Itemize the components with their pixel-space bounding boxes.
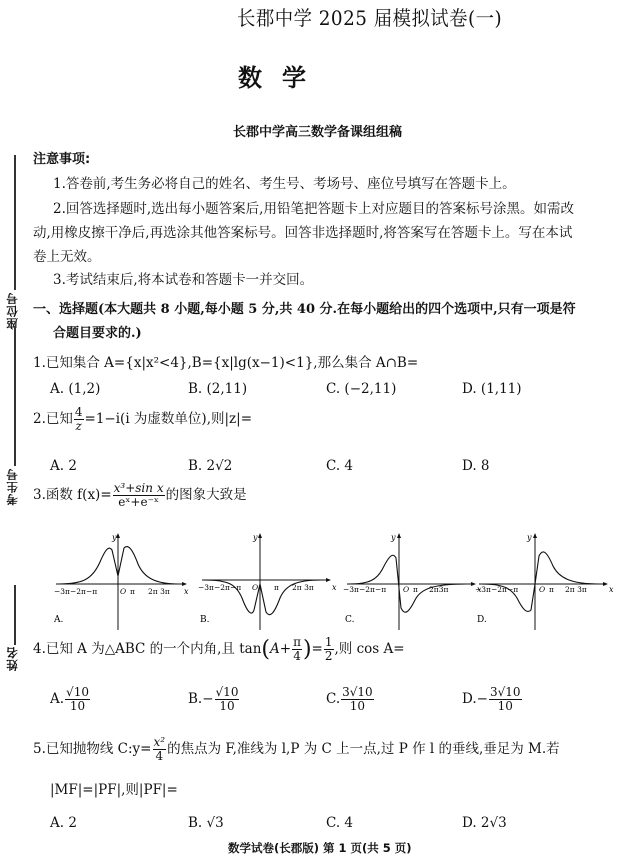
section-heading: 一、选择题(本大题共 8 小题,每小题 5 分,共 40 分.在每小题给出的四个… bbox=[33, 298, 576, 317]
frac-den: 10 bbox=[498, 700, 513, 713]
notice-item-3: 3.考试结束后,将本试卷和答题卡一并交回。 bbox=[53, 268, 313, 288]
q2-option-b[interactable]: B. 2√2 bbox=[188, 458, 232, 474]
svg-text:x: x bbox=[184, 587, 189, 596]
frac-num: x³+sin x bbox=[113, 482, 165, 496]
svg-text:−3π−2π−π: −3π−2π−π bbox=[198, 583, 241, 592]
stem-text: =1−i(i 为虚数单位),则|z|= bbox=[85, 411, 252, 427]
question-2: 2.已知4z=1−i(i 为虚数单位),则|z|= bbox=[33, 406, 252, 433]
fraction: 12 bbox=[324, 636, 334, 663]
svg-text:O: O bbox=[403, 585, 409, 594]
graph-option-c[interactable]: y x −3π−2π−π O π 2π3π C. bbox=[343, 532, 483, 632]
frac-num: x² bbox=[153, 736, 167, 750]
q1-option-b[interactable]: B. (2,11) bbox=[188, 381, 247, 397]
q1-option-d[interactable]: D. (1,11) bbox=[462, 381, 522, 397]
stem-text: 已知抛物线 C:y= bbox=[46, 741, 152, 757]
graph-label: C. bbox=[345, 615, 355, 625]
notice-item-2: 2.回答选择题时,选出每小题答案后,用铅笔把答题卡上对应题目的答案标号涂黑。如需… bbox=[53, 197, 574, 217]
notice-heading: 注意事项: bbox=[33, 148, 90, 167]
graph-label: B. bbox=[200, 615, 210, 625]
svg-text:2π 3π: 2π 3π bbox=[148, 587, 170, 596]
stem-text: ,则 cos A= bbox=[335, 641, 405, 657]
option-label: D. bbox=[462, 691, 477, 707]
stem-text: 的焦点为 F,准线为 l,P 为 C 上一点,过 P 作 l 的垂线,垂足为 M… bbox=[167, 741, 560, 757]
graph-option-a[interactable]: y x −3π−2π−π O π 2π 3π A. bbox=[52, 532, 192, 632]
frac-den: 10 bbox=[70, 700, 85, 713]
svg-text:O: O bbox=[539, 585, 545, 594]
q2-option-d[interactable]: D. 8 bbox=[462, 458, 490, 474]
margin-line-name bbox=[14, 585, 16, 645]
q5-option-d[interactable]: D. 2√3 bbox=[462, 815, 507, 831]
margin-label-exam-id: 考生号 bbox=[4, 468, 20, 506]
frac-den: 10 bbox=[350, 700, 365, 713]
svg-text:y: y bbox=[526, 533, 532, 542]
svg-text:y: y bbox=[252, 533, 258, 542]
q4-option-c[interactable]: C.3√1010 bbox=[326, 686, 375, 713]
paren: ( bbox=[261, 637, 270, 662]
frac-den: 4 bbox=[155, 750, 163, 763]
margin-label-seat: 座位号 bbox=[4, 292, 20, 330]
question-number: 4. bbox=[33, 641, 46, 657]
svg-text:π: π bbox=[130, 587, 135, 596]
fraction: √1010 bbox=[65, 686, 90, 713]
notice-item-2-end: 卷上无效。 bbox=[33, 245, 101, 265]
frac-den: 10 bbox=[219, 700, 234, 713]
question-4: 4.已知 A 为△ABC 的一个内角,且 tan(A+π4)=12,则 cos … bbox=[33, 636, 405, 663]
graph-option-b[interactable]: y x −3π−2π−π O π 2π 3π B. bbox=[198, 532, 338, 632]
option-label: B. bbox=[188, 691, 202, 707]
svg-text:x: x bbox=[609, 585, 614, 594]
margin-label-name: 姓名 bbox=[4, 646, 20, 671]
option-label: A. bbox=[50, 691, 64, 707]
question-5: 5.已知抛物线 C:y=x²4的焦点为 F,准线为 l,P 为 C 上一点,过 … bbox=[33, 736, 560, 763]
question-number: 5. bbox=[33, 741, 46, 757]
stem-text: 已知 A 为△ABC 的一个内角,且 tan bbox=[46, 641, 262, 657]
q2-option-c[interactable]: C. 4 bbox=[326, 458, 353, 474]
q1-option-a[interactable]: A. (1,2) bbox=[50, 381, 100, 397]
option-label: C. bbox=[326, 691, 340, 707]
fraction: x³+sin xeˣ+e⁻ˣ bbox=[113, 482, 165, 509]
fraction: x²4 bbox=[153, 736, 167, 763]
svg-text:2π 3π: 2π 3π bbox=[565, 585, 587, 594]
stem-text: 已知 bbox=[46, 411, 73, 427]
question-number: 1. bbox=[33, 355, 46, 371]
frac-num: 1 bbox=[324, 636, 334, 650]
author-line: 长郡中学高三数学备课组组稿 bbox=[233, 121, 402, 140]
fraction: π4 bbox=[292, 636, 302, 663]
svg-text:2π3π: 2π3π bbox=[429, 585, 448, 594]
stem-text: A+ bbox=[270, 641, 291, 657]
q4-option-a[interactable]: A.√1010 bbox=[50, 686, 91, 713]
subject-title: 数学 bbox=[238, 58, 326, 93]
svg-text:π: π bbox=[274, 583, 279, 592]
svg-text:O: O bbox=[120, 587, 126, 596]
fraction: √1010 bbox=[215, 686, 240, 713]
question-number: 3. bbox=[33, 487, 46, 503]
paren: ) bbox=[303, 637, 312, 662]
margin-line-exam-id bbox=[14, 326, 16, 466]
margin-line-seat bbox=[14, 155, 16, 290]
frac-num: √10 bbox=[215, 686, 240, 700]
page-footer: 数学试卷(长郡版) 第 1 页(共 5 页) bbox=[228, 840, 412, 856]
stem-text: 函数 f(x)= bbox=[46, 487, 112, 503]
fraction: 3√1010 bbox=[489, 686, 522, 713]
notice-item-2-cont: 动,用橡皮擦干净后,再选涂其他答案标号。回答非选择题时,将答案写在答题卡上。写在… bbox=[33, 221, 572, 241]
frac-den: z bbox=[76, 420, 82, 433]
svg-text:−3π−2π−π: −3π−2π−π bbox=[54, 587, 97, 596]
section-heading-cont: 合题目要求的.) bbox=[53, 322, 142, 341]
question-5-cont: |MF|=|PF|,则|PF|= bbox=[50, 778, 178, 798]
svg-text:π: π bbox=[549, 585, 554, 594]
question-stem: 已知集合 A={x|x²<4},B={x|lg(x−1)<1},那么集合 A∩B… bbox=[46, 355, 418, 371]
svg-text:2π 3π: 2π 3π bbox=[292, 583, 314, 592]
option-sign: − bbox=[477, 691, 488, 707]
frac-num: π bbox=[292, 636, 302, 650]
q5-option-b[interactable]: B. √3 bbox=[188, 815, 224, 831]
frac-den: 4 bbox=[293, 650, 301, 663]
svg-text:π: π bbox=[413, 585, 418, 594]
q1-option-c[interactable]: C. (−2,11) bbox=[326, 381, 396, 397]
frac-den: eˣ+e⁻ˣ bbox=[118, 496, 159, 509]
q5-option-c[interactable]: C. 4 bbox=[326, 815, 353, 831]
frac-num: 4 bbox=[74, 406, 84, 420]
question-3: 3.函数 f(x)=x³+sin xeˣ+e⁻ˣ的图象大致是 bbox=[33, 482, 247, 509]
svg-text:y: y bbox=[111, 533, 117, 542]
q4-option-b[interactable]: B.−√1010 bbox=[188, 686, 240, 713]
stem-text: 的图象大致是 bbox=[166, 487, 247, 503]
question-number: 2. bbox=[33, 411, 46, 427]
q2-option-a[interactable]: A. 2 bbox=[50, 458, 77, 474]
q5-option-a[interactable]: A. 2 bbox=[50, 815, 77, 831]
graph-option-d[interactable]: y x −3π−2π−π O π 2π 3π D. bbox=[475, 532, 615, 632]
svg-text:O: O bbox=[252, 583, 258, 592]
frac-num: √10 bbox=[65, 686, 90, 700]
graph-label: D. bbox=[477, 615, 487, 625]
notice-item-1: 1.答卷前,考生务必将自己的姓名、考生号、考场号、座位号填写在答题卡上。 bbox=[53, 172, 516, 192]
frac-den: 2 bbox=[325, 650, 333, 663]
q4-option-d[interactable]: D.−3√1010 bbox=[462, 686, 523, 713]
exam-title: 长郡中学 2025 届模拟试卷(一) bbox=[237, 2, 502, 31]
fraction: 3√1010 bbox=[341, 686, 374, 713]
svg-text:y: y bbox=[390, 533, 396, 542]
svg-text:−3π−2π−π: −3π−2π−π bbox=[475, 585, 518, 594]
stem-text: = bbox=[312, 641, 323, 657]
frac-num: 3√10 bbox=[489, 686, 522, 700]
graph-label: A. bbox=[53, 615, 63, 625]
frac-num: 3√10 bbox=[341, 686, 374, 700]
question-1: 1.已知集合 A={x|x²<4},B={x|lg(x−1)<1},那么集合 A… bbox=[33, 351, 418, 371]
fraction: 4z bbox=[74, 406, 84, 433]
svg-text:x: x bbox=[332, 583, 337, 592]
svg-text:−3π−2π−π: −3π−2π−π bbox=[343, 585, 386, 594]
option-sign: − bbox=[202, 691, 213, 707]
